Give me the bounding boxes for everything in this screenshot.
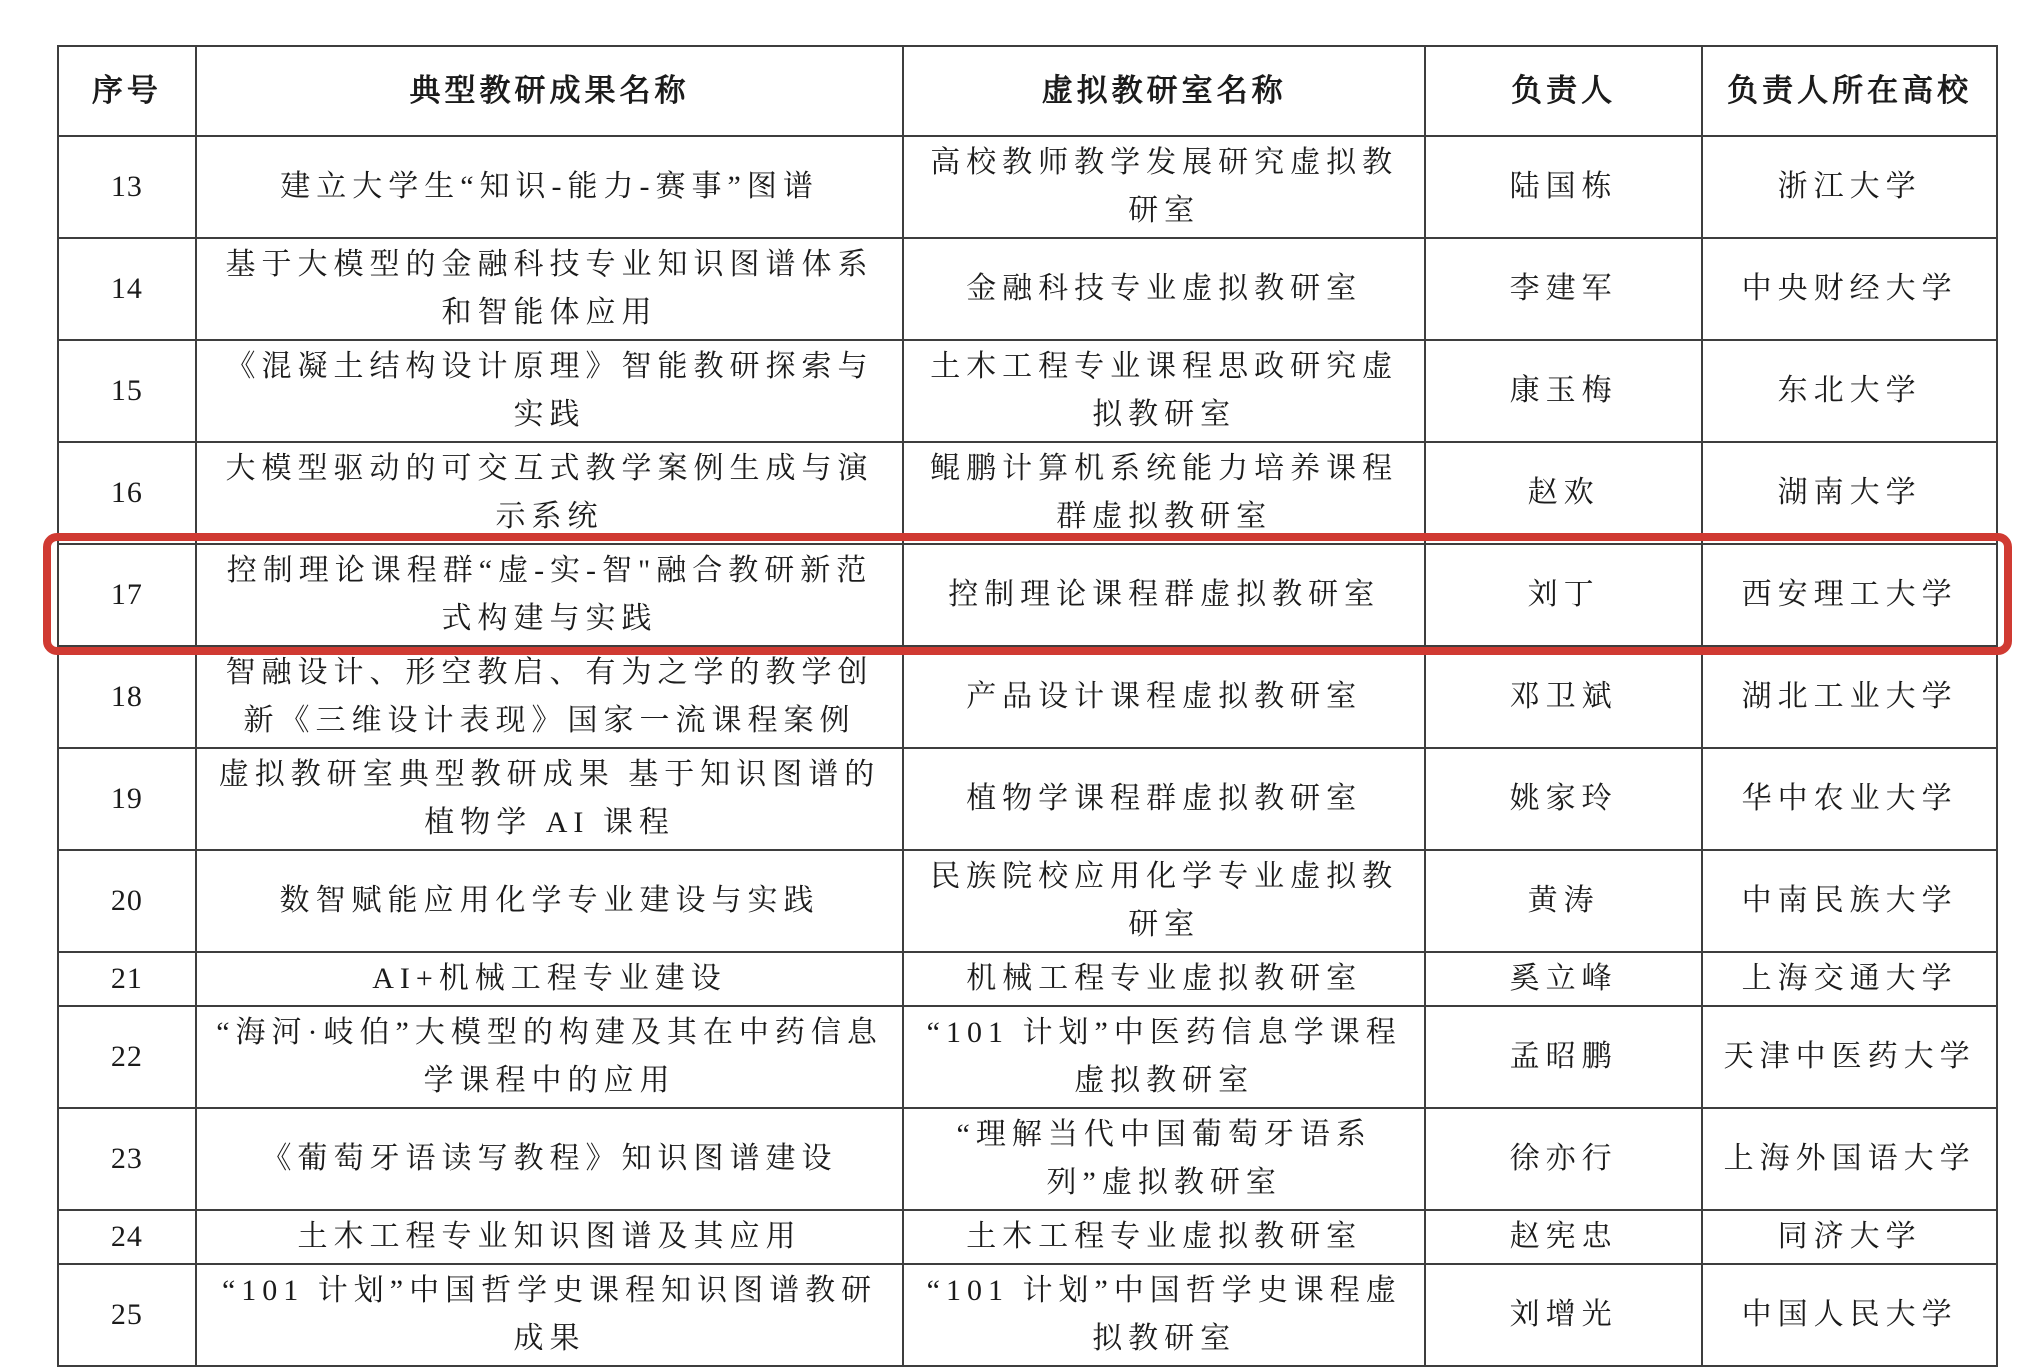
cell-university: 天津中医药大学 (1702, 1006, 1997, 1108)
table-row: 15《混凝土结构设计原理》智能教研探索与实践土木工程专业课程思政研究虚拟教研室康… (58, 340, 1997, 442)
table-row: 24土木工程专业知识图谱及其应用土木工程专业虚拟教研室赵宪忠同济大学 (58, 1210, 1997, 1264)
cell-room: 土木工程专业课程思政研究虚拟教研室 (903, 340, 1425, 442)
cell-no: 22 (58, 1006, 196, 1108)
cell-leader: 李建军 (1425, 238, 1702, 340)
cell-leader: 陆国栋 (1425, 136, 1702, 238)
col-header-room: 虚拟教研室名称 (903, 46, 1425, 136)
cell-room: 土木工程专业虚拟教研室 (903, 1210, 1425, 1264)
cell-achievement: 大模型驱动的可交互式教学案例生成与演示系统 (196, 442, 904, 544)
cell-no: 23 (58, 1108, 196, 1210)
table-row: 17控制理论课程群“虚-实-智"融合教研新范式构建与实践控制理论课程群虚拟教研室… (58, 544, 1997, 646)
cell-no: 15 (58, 340, 196, 442)
col-header-achievement: 典型教研成果名称 (196, 46, 904, 136)
table-row: 23《葡萄牙语读写教程》知识图谱建设“理解当代中国葡萄牙语系列”虚拟教研室徐亦行… (58, 1108, 1997, 1210)
table-row: 19虚拟教研室典型教研成果 基于知识图谱的植物学 AI 课程植物学课程群虚拟教研… (58, 748, 1997, 850)
cell-leader: 赵欢 (1425, 442, 1702, 544)
cell-university: 西安理工大学 (1702, 544, 1997, 646)
cell-leader: 姚家玲 (1425, 748, 1702, 850)
cell-achievement: 控制理论课程群“虚-实-智"融合教研新范式构建与实践 (196, 544, 904, 646)
cell-no: 20 (58, 850, 196, 952)
cell-achievement: 《混凝土结构设计原理》智能教研探索与实践 (196, 340, 904, 442)
cell-no: 25 (58, 1264, 196, 1366)
header-row: 序号 典型教研成果名称 虚拟教研室名称 负责人 负责人所在高校 (58, 46, 1997, 136)
cell-room: 控制理论课程群虚拟教研室 (903, 544, 1425, 646)
cell-achievement: 建立大学生“知识-能力-赛事”图谱 (196, 136, 904, 238)
results-table: 序号 典型教研成果名称 虚拟教研室名称 负责人 负责人所在高校 13建立大学生“… (57, 45, 1998, 1367)
cell-leader: 刘增光 (1425, 1264, 1702, 1366)
cell-leader: 邓卫斌 (1425, 646, 1702, 748)
cell-no: 14 (58, 238, 196, 340)
cell-room: 产品设计课程虚拟教研室 (903, 646, 1425, 748)
cell-room: “理解当代中国葡萄牙语系列”虚拟教研室 (903, 1108, 1425, 1210)
table-row: 22“海河·岐伯”大模型的构建及其在中药信息学课程中的应用“101 计划”中医药… (58, 1006, 1997, 1108)
cell-achievement: 虚拟教研室典型教研成果 基于知识图谱的植物学 AI 课程 (196, 748, 904, 850)
cell-no: 16 (58, 442, 196, 544)
cell-leader: 徐亦行 (1425, 1108, 1702, 1210)
cell-room: 高校教师教学发展研究虚拟教研室 (903, 136, 1425, 238)
col-header-university: 负责人所在高校 (1702, 46, 1997, 136)
col-header-no: 序号 (58, 46, 196, 136)
cell-achievement: 数智赋能应用化学专业建设与实践 (196, 850, 904, 952)
table-row: 25“101 计划”中国哲学史课程知识图谱教研成果“101 计划”中国哲学史课程… (58, 1264, 1997, 1366)
cell-no: 21 (58, 952, 196, 1006)
cell-university: 湖北工业大学 (1702, 646, 1997, 748)
cell-leader: 赵宪忠 (1425, 1210, 1702, 1264)
cell-leader: 康玉梅 (1425, 340, 1702, 442)
cell-achievement: 智融设计、形空教启、有为之学的教学创新《三维设计表现》国家一流课程案例 (196, 646, 904, 748)
table-row: 20数智赋能应用化学专业建设与实践民族院校应用化学专业虚拟教研室黄涛中南民族大学 (58, 850, 1997, 952)
cell-room: 鲲鹏计算机系统能力培养课程群虚拟教研室 (903, 442, 1425, 544)
cell-leader: 孟昭鹏 (1425, 1006, 1702, 1108)
table-row: 18智融设计、形空教启、有为之学的教学创新《三维设计表现》国家一流课程案例产品设… (58, 646, 1997, 748)
cell-room: “101 计划”中医药信息学课程虚拟教研室 (903, 1006, 1425, 1108)
cell-leader: 黄涛 (1425, 850, 1702, 952)
cell-achievement: 土木工程专业知识图谱及其应用 (196, 1210, 904, 1264)
cell-room: “101 计划”中国哲学史课程虚拟教研室 (903, 1264, 1425, 1366)
results-table-wrap: 序号 典型教研成果名称 虚拟教研室名称 负责人 负责人所在高校 13建立大学生“… (57, 45, 1998, 1367)
cell-no: 17 (58, 544, 196, 646)
cell-achievement: “海河·岐伯”大模型的构建及其在中药信息学课程中的应用 (196, 1006, 904, 1108)
table-row: 14基于大模型的金融科技专业知识图谱体系和智能体应用金融科技专业虚拟教研室李建军… (58, 238, 1997, 340)
cell-university: 中南民族大学 (1702, 850, 1997, 952)
cell-achievement: 基于大模型的金融科技专业知识图谱体系和智能体应用 (196, 238, 904, 340)
cell-university: 上海外国语大学 (1702, 1108, 1997, 1210)
cell-no: 18 (58, 646, 196, 748)
cell-no: 19 (58, 748, 196, 850)
cell-university: 华中农业大学 (1702, 748, 1997, 850)
cell-university: 东北大学 (1702, 340, 1997, 442)
cell-room: 民族院校应用化学专业虚拟教研室 (903, 850, 1425, 952)
table-row: 21AI+机械工程专业建设机械工程专业虚拟教研室奚立峰上海交通大学 (58, 952, 1997, 1006)
cell-room: 机械工程专业虚拟教研室 (903, 952, 1425, 1006)
cell-achievement: 《葡萄牙语读写教程》知识图谱建设 (196, 1108, 904, 1210)
cell-university: 浙江大学 (1702, 136, 1997, 238)
table-row: 13建立大学生“知识-能力-赛事”图谱高校教师教学发展研究虚拟教研室陆国栋浙江大… (58, 136, 1997, 238)
cell-university: 上海交通大学 (1702, 952, 1997, 1006)
table-row: 16大模型驱动的可交互式教学案例生成与演示系统鲲鹏计算机系统能力培养课程群虚拟教… (58, 442, 1997, 544)
cell-no: 13 (58, 136, 196, 238)
cell-leader: 刘丁 (1425, 544, 1702, 646)
cell-university: 湖南大学 (1702, 442, 1997, 544)
table-body: 13建立大学生“知识-能力-赛事”图谱高校教师教学发展研究虚拟教研室陆国栋浙江大… (58, 136, 1997, 1366)
cell-room: 金融科技专业虚拟教研室 (903, 238, 1425, 340)
cell-no: 24 (58, 1210, 196, 1264)
cell-university: 同济大学 (1702, 1210, 1997, 1264)
cell-university: 中国人民大学 (1702, 1264, 1997, 1366)
cell-room: 植物学课程群虚拟教研室 (903, 748, 1425, 850)
cell-achievement: AI+机械工程专业建设 (196, 952, 904, 1006)
cell-university: 中央财经大学 (1702, 238, 1997, 340)
cell-leader: 奚立峰 (1425, 952, 1702, 1006)
col-header-leader: 负责人 (1425, 46, 1702, 136)
cell-achievement: “101 计划”中国哲学史课程知识图谱教研成果 (196, 1264, 904, 1366)
